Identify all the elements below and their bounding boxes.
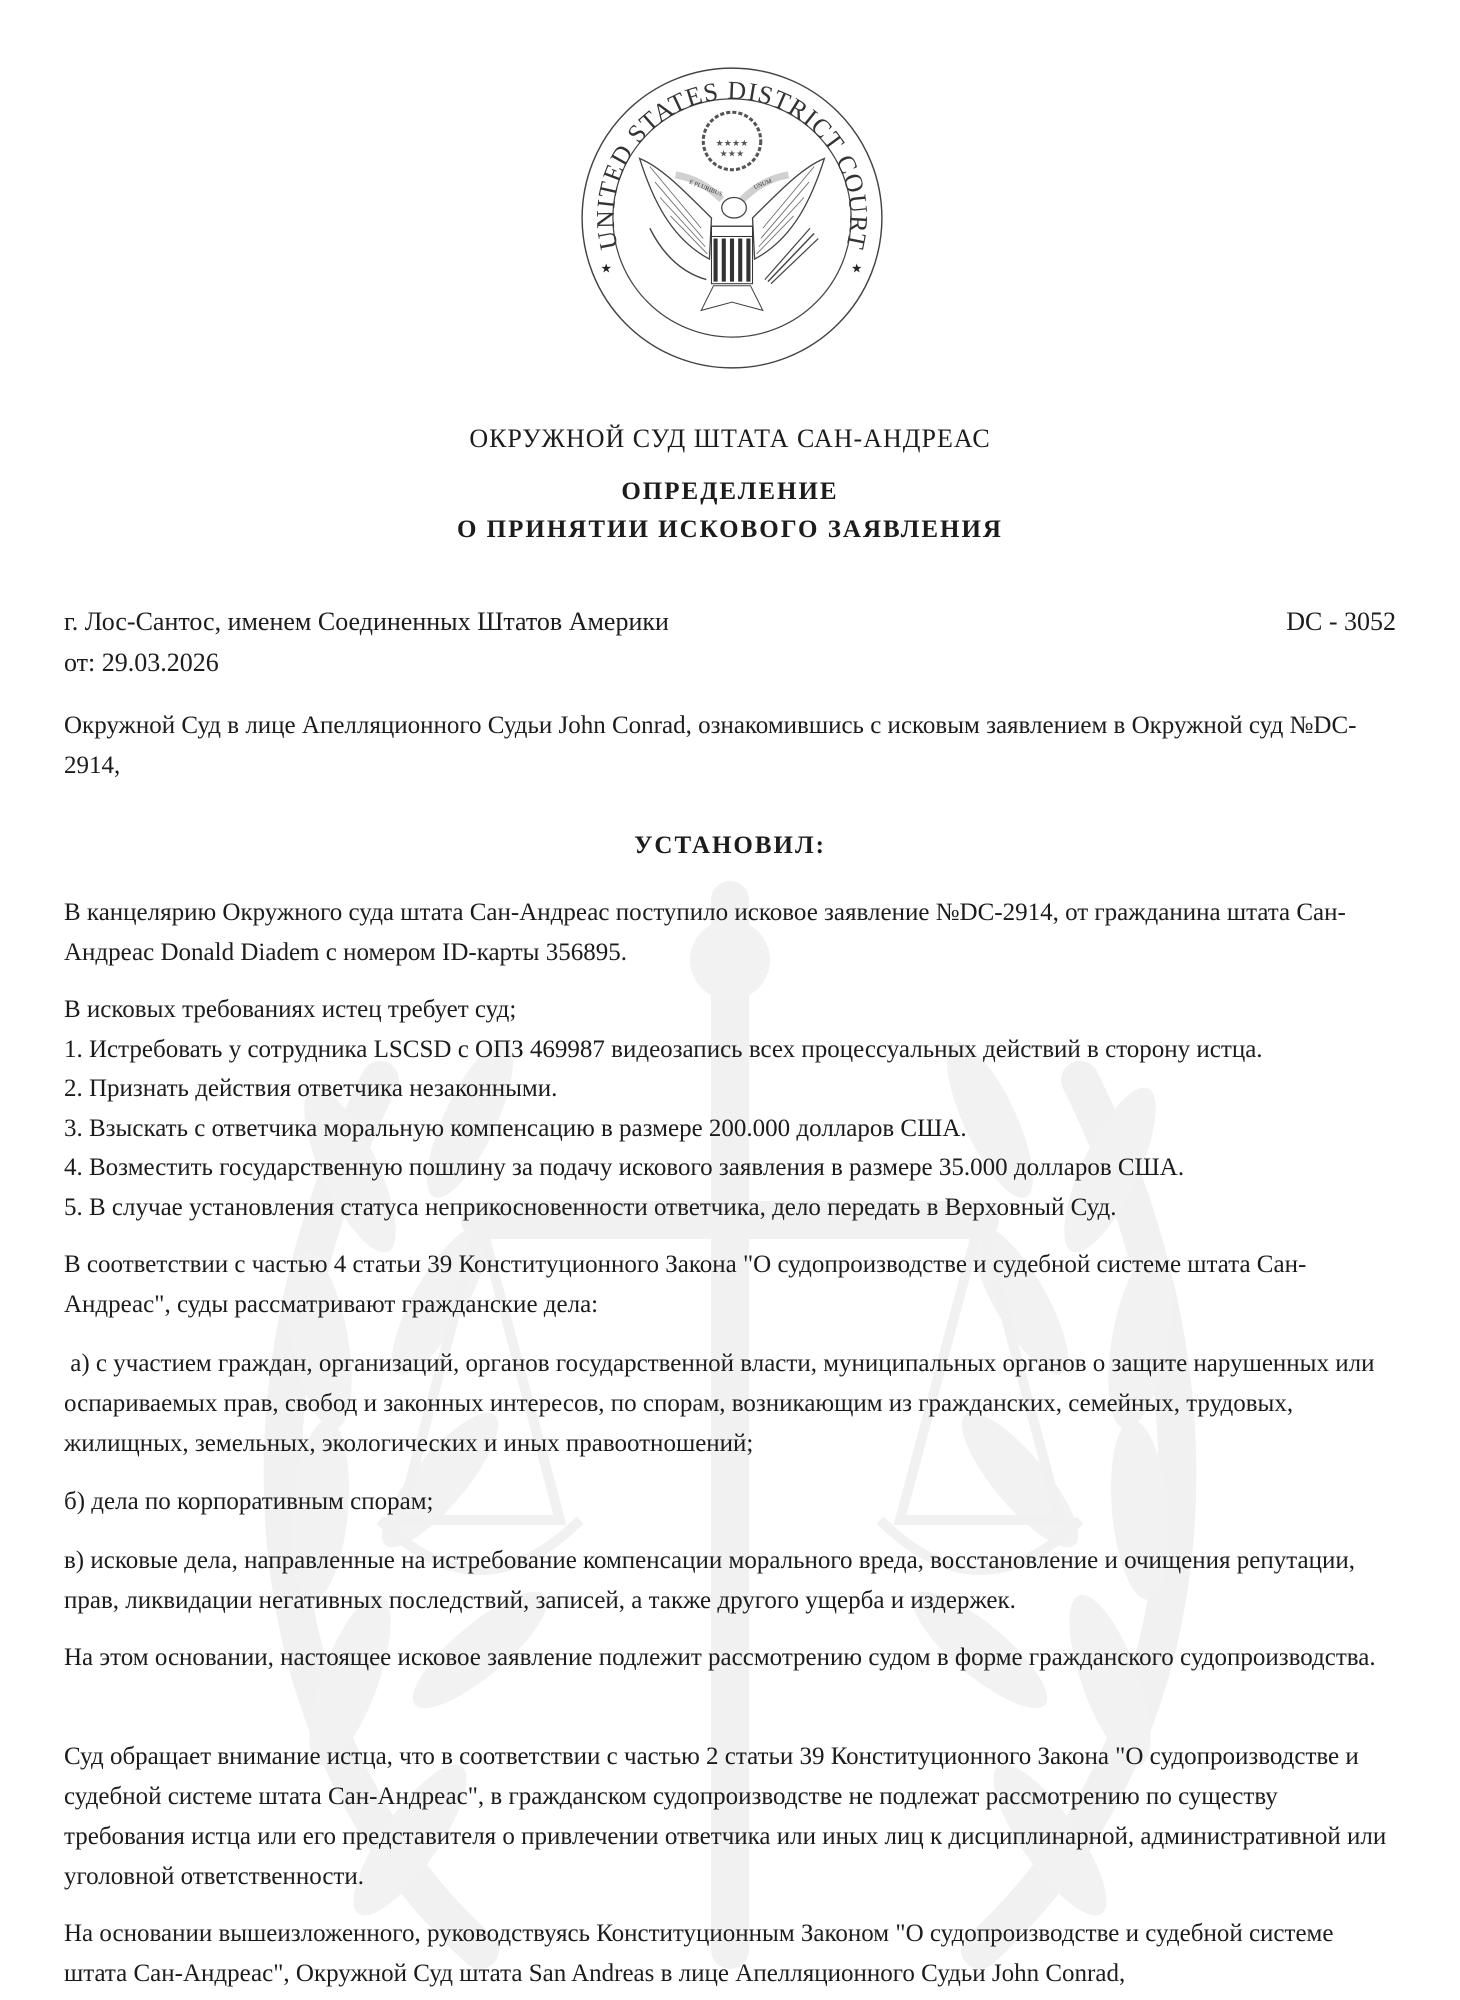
svg-text:★★★★: ★★★★ (715, 138, 748, 148)
law-point-b: б) дела по корпоративным спорам; (64, 1482, 1396, 1522)
claim-item: 2. Признать действия ответчика незаконны… (64, 1069, 1396, 1109)
law-paragraph: В соответствии с частью 4 статьи 39 Конс… (64, 1245, 1396, 1325)
claim-item: 5. В случае установления статуса неприко… (64, 1188, 1396, 1228)
district-court-seal-icon: UNITED STATES DISTRICT COURT ★ ★ ★★★★ ★★… (578, 64, 886, 372)
claim-item: 3. Взыскать с ответчика моральную компен… (64, 1109, 1396, 1149)
claim-item: 1. Истребовать у сотрудника LSCSD с ОПЗ … (64, 1030, 1396, 1070)
law-point-a: а) с участием граждан, организаций, орга… (64, 1344, 1396, 1464)
svg-text:★: ★ (601, 261, 612, 275)
claim-item: 4. Возместить государственную пошлину за… (64, 1148, 1396, 1188)
final-paragraph: На основании вышеизложенного, руководств… (64, 1914, 1396, 1994)
claims-list: В исковых требованиях истец требует суд;… (64, 990, 1396, 1227)
law-point-v: в) исковые дела, направленные на истребо… (64, 1541, 1396, 1621)
intro-paragraph: Окружной Суд в лице Апелляционного Судьи… (64, 706, 1396, 786)
svg-text:★: ★ (851, 261, 862, 275)
case-number: DC - 3052 (1286, 607, 1396, 637)
received-paragraph: В канцелярию Окружного суда штата Сан-Ан… (64, 893, 1396, 973)
city-line: г. Лос-Сантос, именем Соединенных Штатов… (64, 607, 669, 637)
court-name: ОКРУЖНОЙ СУД ШТАТА САН-АНДРЕАС (64, 424, 1396, 454)
svg-text:★★★: ★★★ (720, 148, 745, 158)
document-subtitle: О ПРИНЯТИИ ИСКОВОГО ЗАЯВЛЕНИЯ (64, 516, 1396, 544)
established-heading: УСТАНОВИЛ: (64, 832, 1396, 860)
svg-text:E PLURIBUS: E PLURIBUS (688, 179, 723, 198)
date-line: от: 29.03.2026 (64, 648, 219, 678)
document-title: ОПРЕДЕЛЕНИЕ (64, 478, 1396, 506)
claims-lead: В исковых требованиях истец требует суд; (64, 990, 1396, 1030)
notice-paragraph: Суд обращает внимание истца, что в соотв… (64, 1737, 1396, 1897)
basis-paragraph: На этом основании, настоящее исковое зая… (64, 1638, 1396, 1678)
